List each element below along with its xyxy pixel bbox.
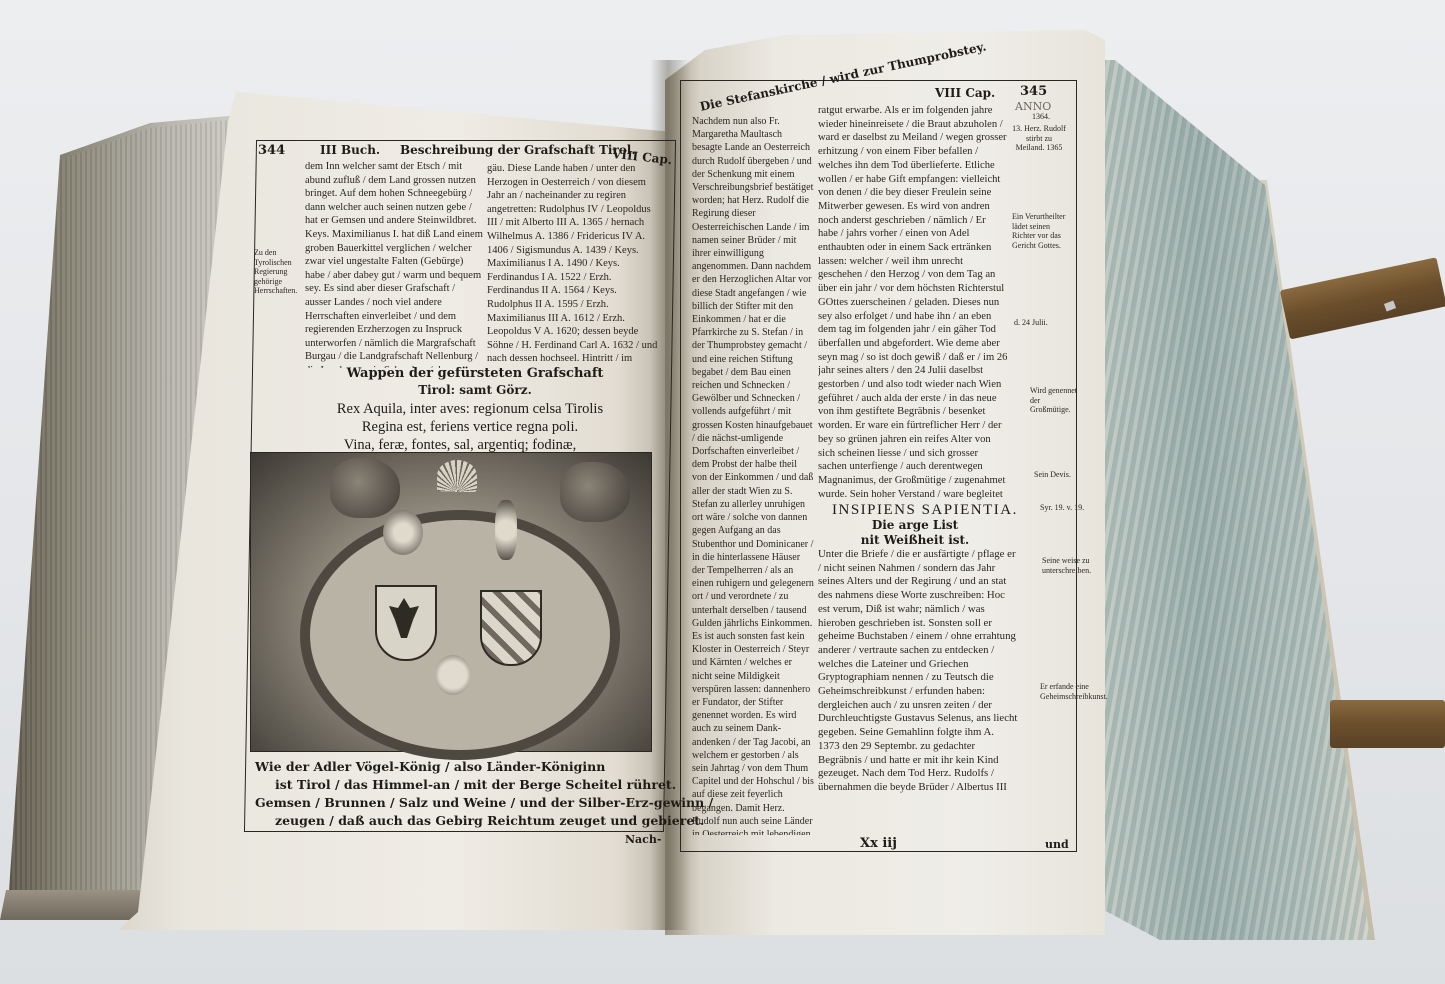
margin-note-date: d. 24 Julii. xyxy=(1014,318,1069,328)
catchword-right: und xyxy=(1045,838,1069,851)
engraving-cartouche-frame xyxy=(300,510,620,760)
signature-mark: Xx iij xyxy=(860,836,897,851)
lion-left-icon xyxy=(330,458,400,518)
margin-note-signature: Seine weise zu unterschreiben. xyxy=(1042,556,1092,575)
margin-note-left: Zu den Tyrolischen Regierung gehörige He… xyxy=(254,248,300,296)
right-text-column-2-bottom: Unter die Briefe / die er ausfärtigte / … xyxy=(818,548,1018,833)
german-verse-4: zeugen / daß auch das Gebirg Reichtum ze… xyxy=(275,812,704,830)
right-text-column-2-top: ratgut erwarbe. Als er im folgenden jahr… xyxy=(818,104,1008,501)
scallop-shell-icon xyxy=(437,460,477,492)
helmet-crest-left-icon xyxy=(383,510,423,555)
plate-title-line-2: Tirol: samt Görz. xyxy=(290,383,660,397)
german-verse-1: Wie der Adler Vögel-König / also Länder-… xyxy=(255,758,605,776)
margin-note-rudolf-dies: 13. Herz. Rudolf stirbt zu Meiland. 1365 xyxy=(1012,124,1066,153)
catchword-left: Nach- xyxy=(625,833,661,846)
margin-note-magnanimous: Wird genennet der Großmütige. xyxy=(1030,386,1080,415)
plate-title-line-1: Wappen der gefürsteten Grafschaft xyxy=(290,366,660,381)
motto-latin: INSIPIENS SAPIENTIA. xyxy=(832,502,1018,519)
margin-note-device: Sein Devis. xyxy=(1034,470,1084,480)
german-verse-3: Gemsen / Brunnen / Salz und Weine / und … xyxy=(255,794,713,812)
right-text-column-1: Nachdem nun also Fr. Margaretha Maultasc… xyxy=(692,115,814,835)
margin-note-cryptography: Er erfande eine Geheimschreibkunst. xyxy=(1040,682,1090,701)
latin-verse-1: Rex Aquila, inter aves: regionum celsa T… xyxy=(270,400,670,418)
motto-german-1: Die arge List xyxy=(860,518,970,533)
margin-note-condemned: Ein Verurtheilter lädet seinen Richter v… xyxy=(1012,212,1067,250)
brass-clasp-bottom xyxy=(1330,700,1445,748)
margin-note-year-1364: 1364. xyxy=(1016,112,1066,122)
shield-striped-icon xyxy=(480,590,542,666)
latin-verse-2: Regina est, feriens vertice regna poli. xyxy=(270,418,670,436)
german-verse-2: ist Tirol / das Himmel-an / mit der Berg… xyxy=(275,776,676,794)
page-number-right: 345 xyxy=(1020,84,1047,99)
left-text-column-2: gäu. Diese Lande haben / unter den Herzo… xyxy=(487,162,662,368)
left-text-column-1: dem Inn welcher samt der Etsch / mit abu… xyxy=(305,160,483,368)
brass-clasp-top xyxy=(1280,257,1445,339)
margin-note-scripture: Syr. 19. v. 19. xyxy=(1040,503,1090,513)
helmet-crest-right-icon xyxy=(495,500,517,560)
running-head-chapter-right: VIII Cap. xyxy=(935,86,995,100)
lion-right-icon xyxy=(560,462,630,522)
page-number-left: 344 xyxy=(258,143,285,158)
running-head-book: III Buch. xyxy=(320,143,380,157)
motto-german-2: nit Weißheit ist. xyxy=(860,533,970,548)
cherub-head-icon xyxy=(435,655,471,695)
marbled-page-edges xyxy=(1085,60,1370,940)
running-head-title-left: Beschreibung der Grafschaft Tirol. xyxy=(400,143,636,157)
